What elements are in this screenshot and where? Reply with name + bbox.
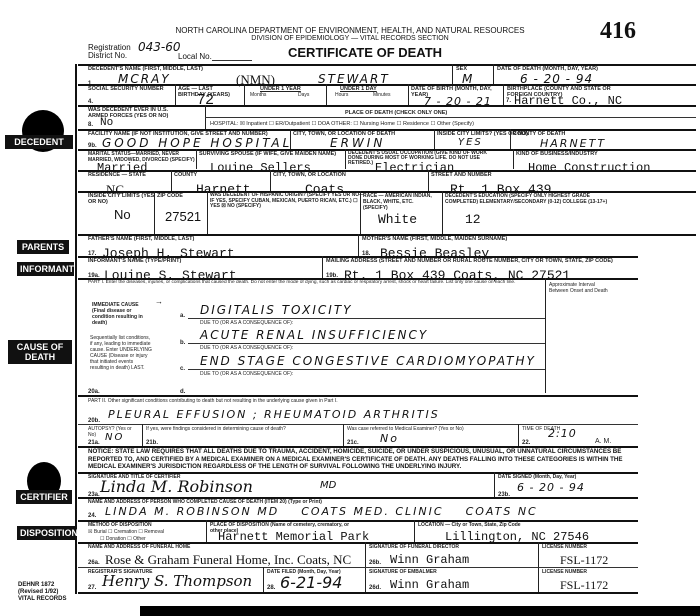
director-license-value: FSL-1172 [560,553,608,568]
form-id: DEHNR 1872 (Revised 1/92) VITAL RECORDS [18,582,66,603]
part2-label: PART II. Other significant conditions co… [88,398,338,404]
zip-value: 27521 [165,209,201,224]
part2-value: PLEURAL EFFUSION ; RHEUMATOID ARTHRITIS [108,408,440,421]
res-inside-city-label: INSIDE CITY LIMITS (Yes or No) [88,193,158,205]
certifier-section-tab: CERTIFIER [16,490,72,504]
director-license-label: LICENSE NUMBER [542,544,587,550]
mother-label: MOTHER'S NAME (First, Middle, Maiden Sur… [362,236,507,242]
informant-name-label: INFORMANT'S NAME (Type/Print) [88,258,181,264]
facility-value: GOOD HOPE HOSPITAL [102,136,292,150]
residence-city-label: CITY, TOWN, OR LOCATION [273,172,346,178]
funeral-home-value: Rose & Graham Funeral Home, Inc. Coats, … [105,552,351,568]
registrar-signature: Henry S. Thompson [102,572,252,590]
cause-line-a: DIGITALIS TOXICITY [200,303,353,317]
place-of-death-options[interactable]: HOSPITAL: ☒ Inpatient ☐ ER/Outpatient ☐ … [210,121,474,127]
registration-label: Registration District No. [88,44,128,60]
education-label: DECEDENT'S EDUCATION (Specify only highe… [445,193,615,205]
residence-state-label: RESIDENCE — STATE [88,172,146,178]
embalmer-label: SIGNATURE OF EMBALMER [369,569,437,575]
date-signed-value: 6 - 20 - 94 [517,481,585,494]
date-filed-value: 6-21-94 [280,573,342,592]
immediate-cause-label: IMMEDIATE CAUSE (Final disease or condit… [92,302,152,326]
mailing-address-label: MAILING ADDRESS (Street and Number or Ru… [326,258,613,264]
date-signed-label: DATE SIGNED (Month, Day, Year) [498,474,576,480]
time-of-death-value: 2:10 [548,427,577,440]
place-of-death-label: PLACE OF DEATH (Check only one) [345,110,447,116]
cause-line-b: ACUTE RENAL INSUFFICIENCY [200,328,428,342]
embalmer-license-value: FSL-1172 [560,578,608,593]
funeral-director-value: Winn Graham [390,553,469,567]
department-heading: NORTH CAROLINA DEPARTMENT OF ENVIRONMENT… [0,26,700,35]
funeral-home-label: NAME AND ADDRESS OF FUNERAL HOME [88,544,190,550]
time-of-death-ampm: A. M. [595,439,611,445]
race-value: White [378,212,417,227]
res-inside-city-value: No [114,207,131,222]
hispanic-origin-label[interactable]: Was Decedent of Hispanic Origin? (Specif… [210,193,365,210]
local-no-label: Local No. [178,52,212,61]
me-referral-value: No [380,432,399,445]
me-referral-label: Was case referred to Medical Examiner? (… [347,426,464,432]
parents-section-tab: PARENTS [17,240,69,254]
division-heading: DIVISION OF EPIDEMIOLOGY — VITAL RECORDS… [0,35,700,42]
autopsy-value: NO [105,432,124,443]
completer-value: LINDA M. ROBINSON MD COATS MED. CLINIC C… [105,505,538,518]
race-label: RACE — American Indian, Black, White, et… [363,193,438,211]
certifier-title: MD [320,480,336,491]
embalmer-value: Winn Graham [390,578,469,592]
cause-line-c: END STAGE CONGESTIVE CARDIOMYOPATHY [200,354,536,368]
scan-edge [140,606,700,616]
part1-instructions: PART I. Enter the diseases, injuries, or… [88,280,538,286]
embalmer-license-label: LICENSE NUMBER [542,569,587,575]
disposition-method-label: METHOD OF DISPOSITION [88,522,152,528]
inside-city-value: YES [458,137,483,148]
ssn-label: SOCIAL SECURITY NUMBER [88,86,164,92]
interval-label: Approximate Interval Between Onset and D… [549,282,609,294]
registration-district-value: 043-60 [138,40,181,54]
father-label: FATHER'S NAME (First, Middle, Last) [88,236,194,242]
certificate-title: CERTIFICATE OF DEATH [288,45,442,60]
education-value: 12 [465,212,481,227]
findings-label: If yes, were findings considered in dete… [146,426,286,432]
industry-label: KIND OF BUSINESS/INDUSTRY [516,151,598,157]
informant-section-tab: INFORMANT [17,262,74,276]
spouse-label: SURVIVING SPOUSE (If wife, give maiden n… [199,151,336,157]
decedent-section-tab: DECEDENT [5,135,73,149]
certifier-signature: Linda M. Robinson [100,477,253,496]
cause-of-death-section-tab: CAUSE OF DEATH [8,340,72,364]
disposition-section-tab: DISPOSITION [17,526,75,540]
street-label: STREET AND NUMBER [431,172,492,178]
sequential-label: Sequentially list conditions, if any, le… [90,335,152,371]
zip-label: ZIP CODE [157,193,183,199]
certificate-number: 416 [600,18,636,45]
industry-value: Home Construction [528,161,650,175]
medical-examiner-notice: NOTICE: STATE LAW REQUIRES THAT ALL DEAT… [88,448,636,471]
disposition-location-label: LOCATION — City or Town, State, Zip Code [418,522,521,528]
funeral-director-label: SIGNATURE OF FUNERAL DIRECTOR [369,544,459,550]
armed-forces-value: No [100,117,113,129]
disposition-method-options-1[interactable]: ☒ Burial ☐ Cremation ☐ Removal [88,529,164,535]
residence-county-label: COUNTY [174,172,197,178]
city-of-death-value: ERWIN [330,136,385,150]
